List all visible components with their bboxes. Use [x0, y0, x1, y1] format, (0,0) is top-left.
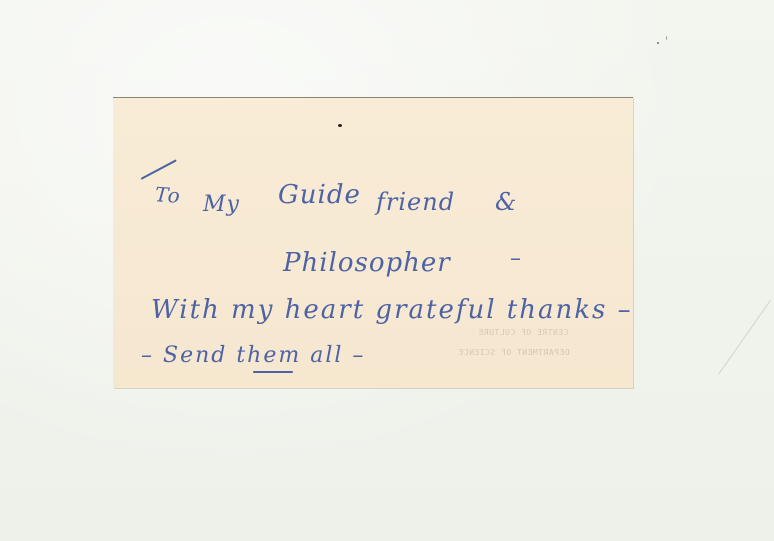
- handwriting-to: To: [154, 182, 181, 208]
- handwriting-philosopher: Philosopher: [283, 248, 451, 278]
- dust-speck: [666, 36, 667, 40]
- handwriting-thanks-line: With my heart grateful thanks –: [151, 295, 633, 325]
- ink-dot: [338, 124, 342, 127]
- handwritten-card: CENTRE OF CULTURE DEPARTMENT OF SCIENCE …: [113, 97, 633, 388]
- showthrough-text-line-2: DEPARTMENT OF SCIENCE: [458, 348, 570, 357]
- pen-stroke: [141, 159, 177, 180]
- handwriting-ampersand: &: [495, 188, 517, 216]
- showthrough-text-line-1: CENTRE OF CULTURE: [478, 328, 568, 337]
- handwriting-dash: –: [510, 246, 522, 271]
- handwriting-closing-line: – Send them all –: [141, 343, 365, 368]
- underline-stroke: [253, 371, 293, 373]
- dust-speck: [657, 42, 659, 44]
- handwriting-my: My: [203, 192, 240, 217]
- handwriting-friend: friend: [376, 188, 455, 216]
- handwriting-guide: Guide: [278, 180, 361, 210]
